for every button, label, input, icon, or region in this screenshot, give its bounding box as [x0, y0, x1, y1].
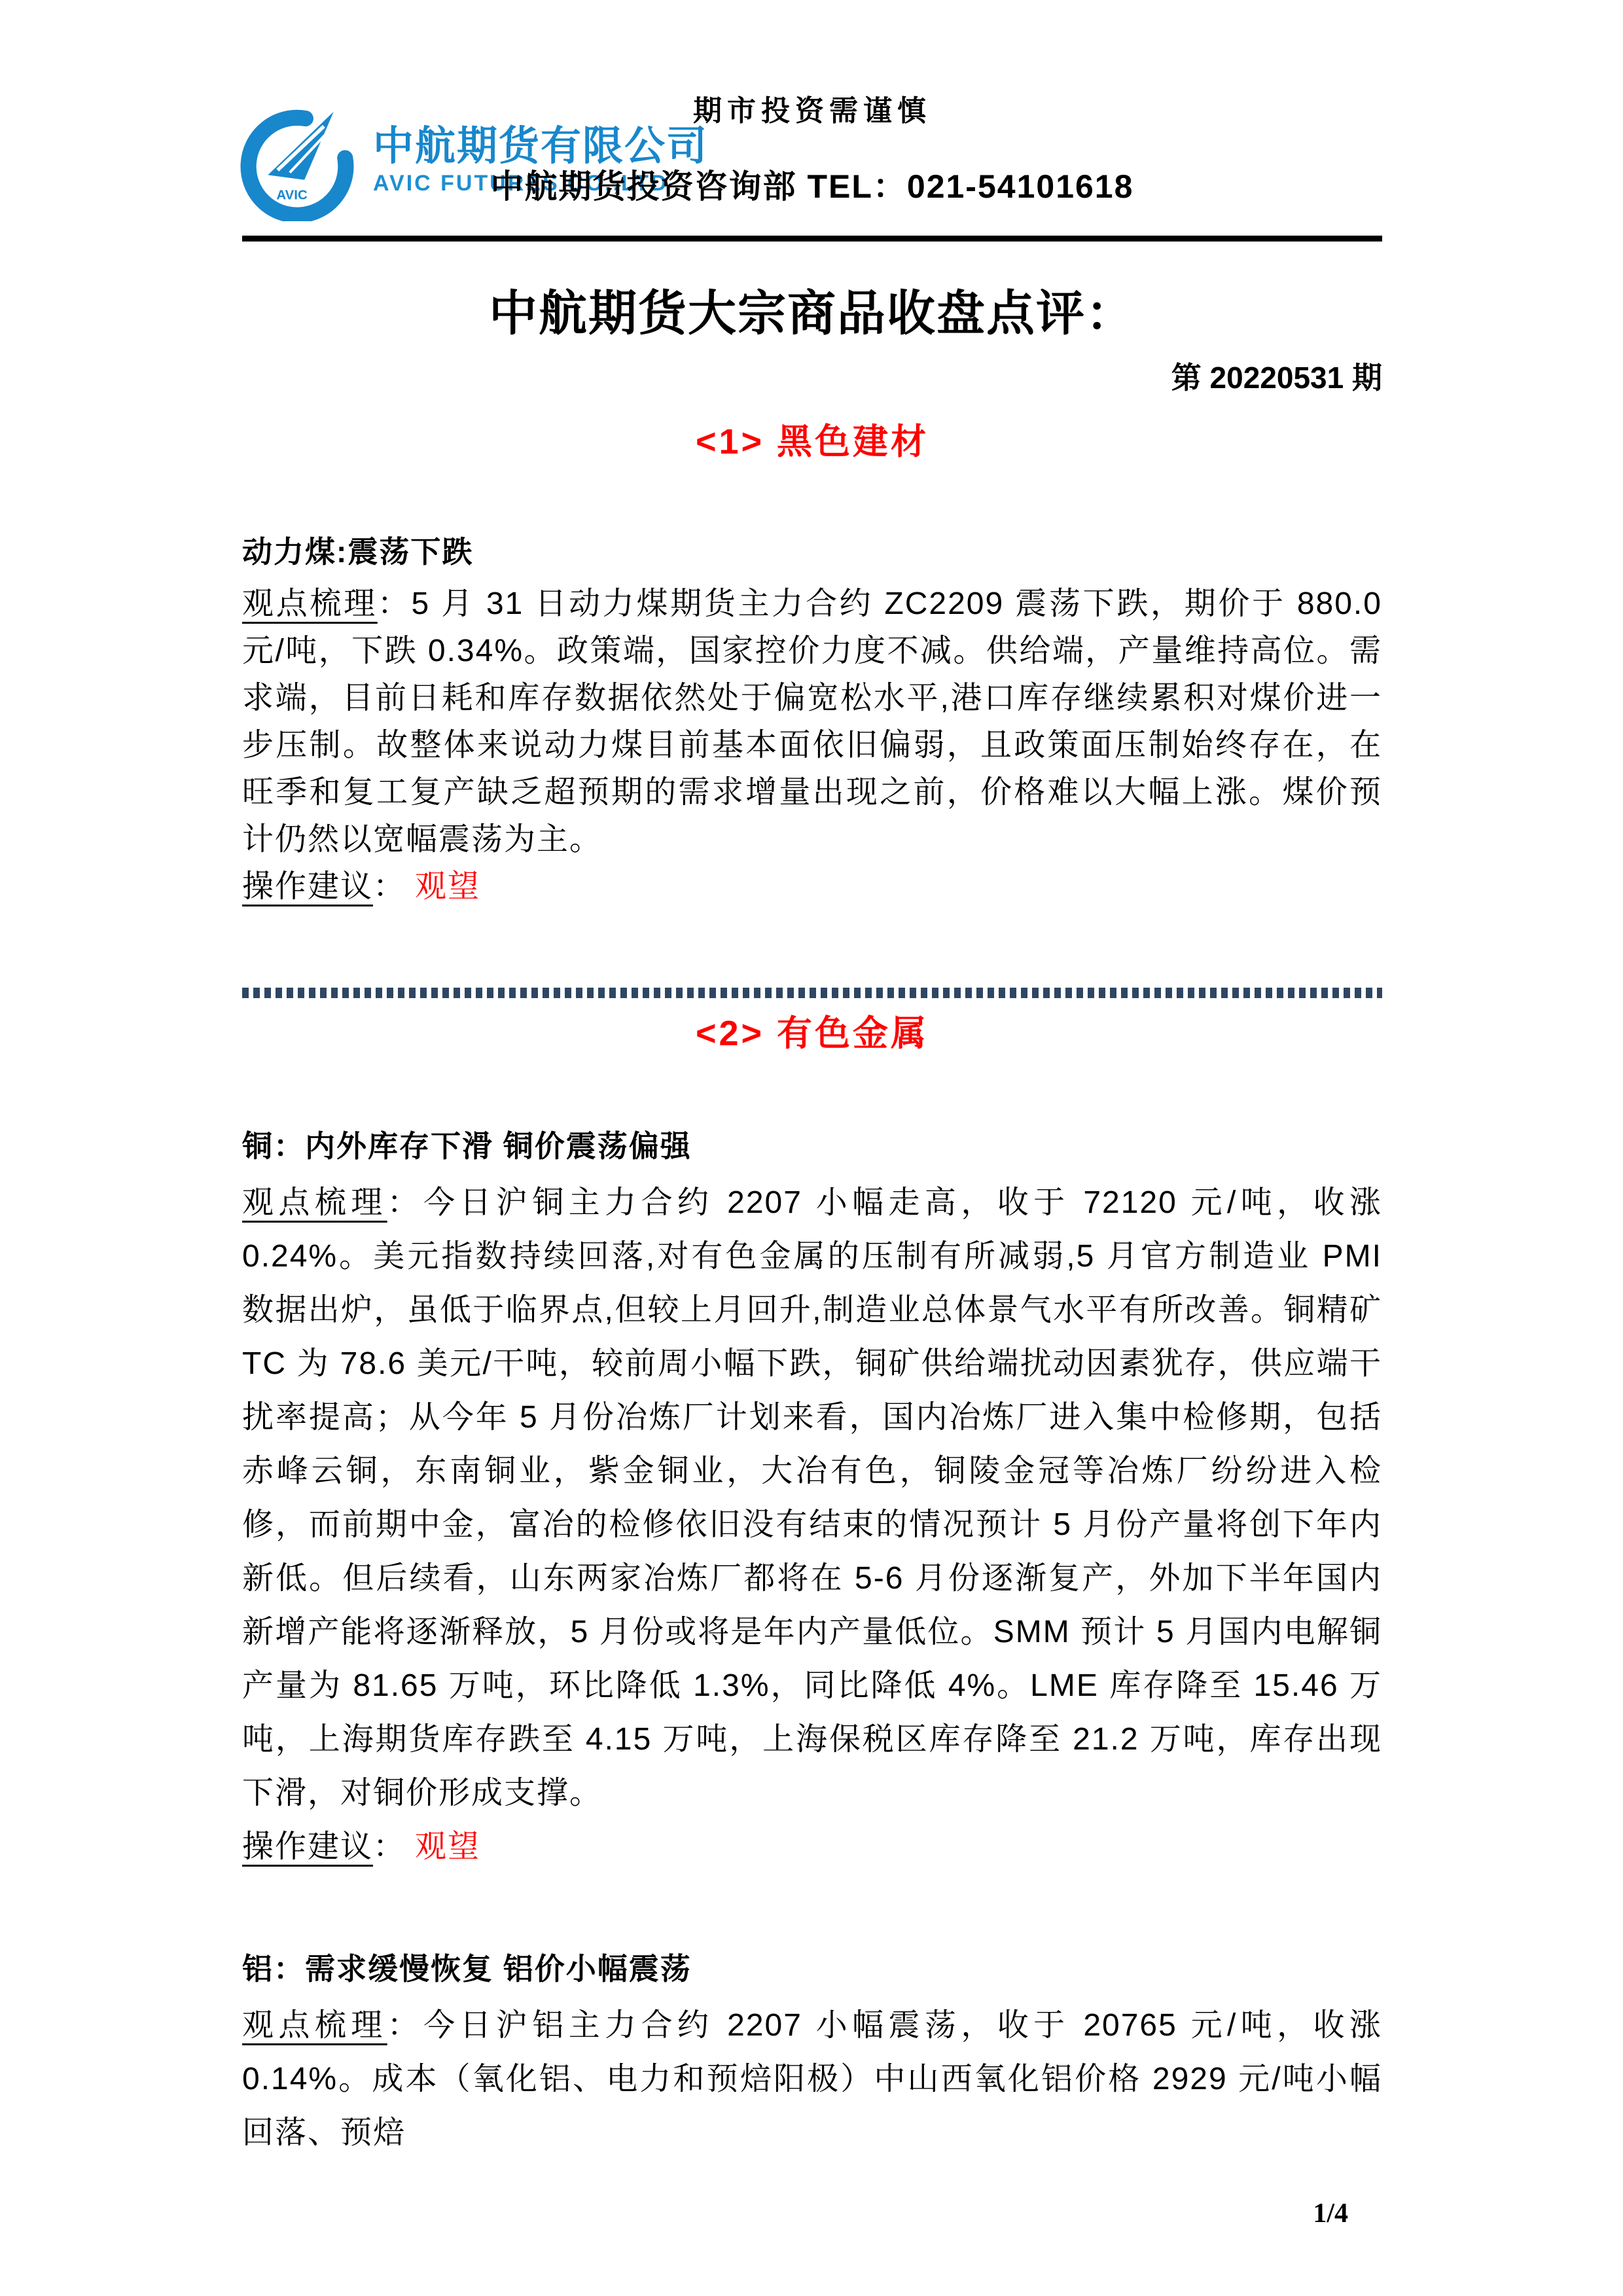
analysis-colon: ：	[387, 2008, 423, 2043]
page-header: 期市投资需谨慎 AVIC 中航期货有限公司 AVIC FUTURES CO.,L…	[242, 96, 1382, 236]
report-page: 期市投资需谨慎 AVIC 中航期货有限公司 AVIC FUTURES CO.,L…	[0, 0, 1623, 2296]
article-analysis: 观点梳理：今日沪铜主力合约 2207 小幅走高，收于 72120 元/吨，收涨 …	[242, 1176, 1382, 1820]
article-title: 铝：需求缓慢恢复 铝价小幅震荡	[242, 1951, 1382, 1987]
article-analysis: 观点梳理：5 月 31 日动力煤期货主力合约 ZC2209 震荡下跌，期价于 8…	[242, 581, 1382, 863]
section-nonferrous-metals: <2> 有色金属 铜：内外库存下滑 铜价震荡偏强 观点梳理：今日沪铜主力合约 2…	[242, 1013, 1382, 2160]
advice-colon: ：	[373, 869, 406, 904]
issue-number: 第 20220531 期	[242, 360, 1382, 396]
analysis-colon: ：	[378, 586, 412, 621]
department-contact-line: 中航期货投资咨询部 TEL：021-54101618	[177, 169, 1448, 205]
analysis-label: 观点梳理	[242, 2008, 387, 2043]
section-1-heading: <1> 黑色建材	[242, 421, 1382, 463]
advice-colon: ：	[373, 1829, 406, 1864]
article-analysis: 观点梳理：今日沪铝主力合约 2207 小幅震荡，收于 20765 元/吨，收涨 …	[242, 1999, 1382, 2160]
advice-line: 操作建议：观望	[242, 1820, 1382, 1874]
article-thermal-coal: 动力煤:震荡下跌 观点梳理：5 月 31 日动力煤期货主力合约 ZC2209 震…	[242, 534, 1382, 910]
advice-label: 操作建议	[242, 869, 373, 904]
header-divider	[242, 236, 1382, 242]
analysis-text: 今日沪铜主力合约 2207 小幅走高，收于 72120 元/吨，收涨 0.24%…	[242, 1185, 1382, 1810]
article-aluminum: 铝：需求缓慢恢复 铝价小幅震荡 观点梳理：今日沪铝主力合约 2207 小幅震荡，…	[242, 1951, 1382, 2160]
section-2-heading: <2> 有色金属	[242, 1013, 1382, 1055]
article-title: 铜：内外库存下滑 铜价震荡偏强	[242, 1128, 1382, 1164]
analysis-label: 观点梳理	[242, 1185, 387, 1220]
article-copper: 铜：内外库存下滑 铜价震荡偏强 观点梳理：今日沪铜主力合约 2207 小幅走高，…	[242, 1128, 1382, 1874]
section-separator	[242, 988, 1382, 998]
analysis-text: 5 月 31 日动力煤期货主力合约 ZC2209 震荡下跌，期价于 880.0 …	[242, 586, 1382, 857]
page-number: 1/4	[242, 2198, 1382, 2229]
advice-value: 观望	[415, 1829, 480, 1864]
article-title: 动力煤:震荡下跌	[242, 534, 1382, 570]
advice-label: 操作建议	[242, 1829, 373, 1864]
advice-line: 操作建议：观望	[242, 863, 1382, 910]
report-title: 中航期货大宗商品收盘点评：	[242, 285, 1382, 343]
analysis-colon: ：	[387, 1185, 423, 1220]
advice-value: 观望	[415, 869, 480, 904]
page-content: 期市投资需谨慎 AVIC 中航期货有限公司 AVIC FUTURES CO.,L…	[242, 0, 1382, 2229]
analysis-label: 观点梳理	[242, 586, 378, 621]
logo-company-name-cn: 中航期货有限公司	[373, 125, 708, 168]
section-black-materials: <1> 黑色建材 动力煤:震荡下跌 观点梳理：5 月 31 日动力煤期货主力合约…	[242, 421, 1382, 910]
